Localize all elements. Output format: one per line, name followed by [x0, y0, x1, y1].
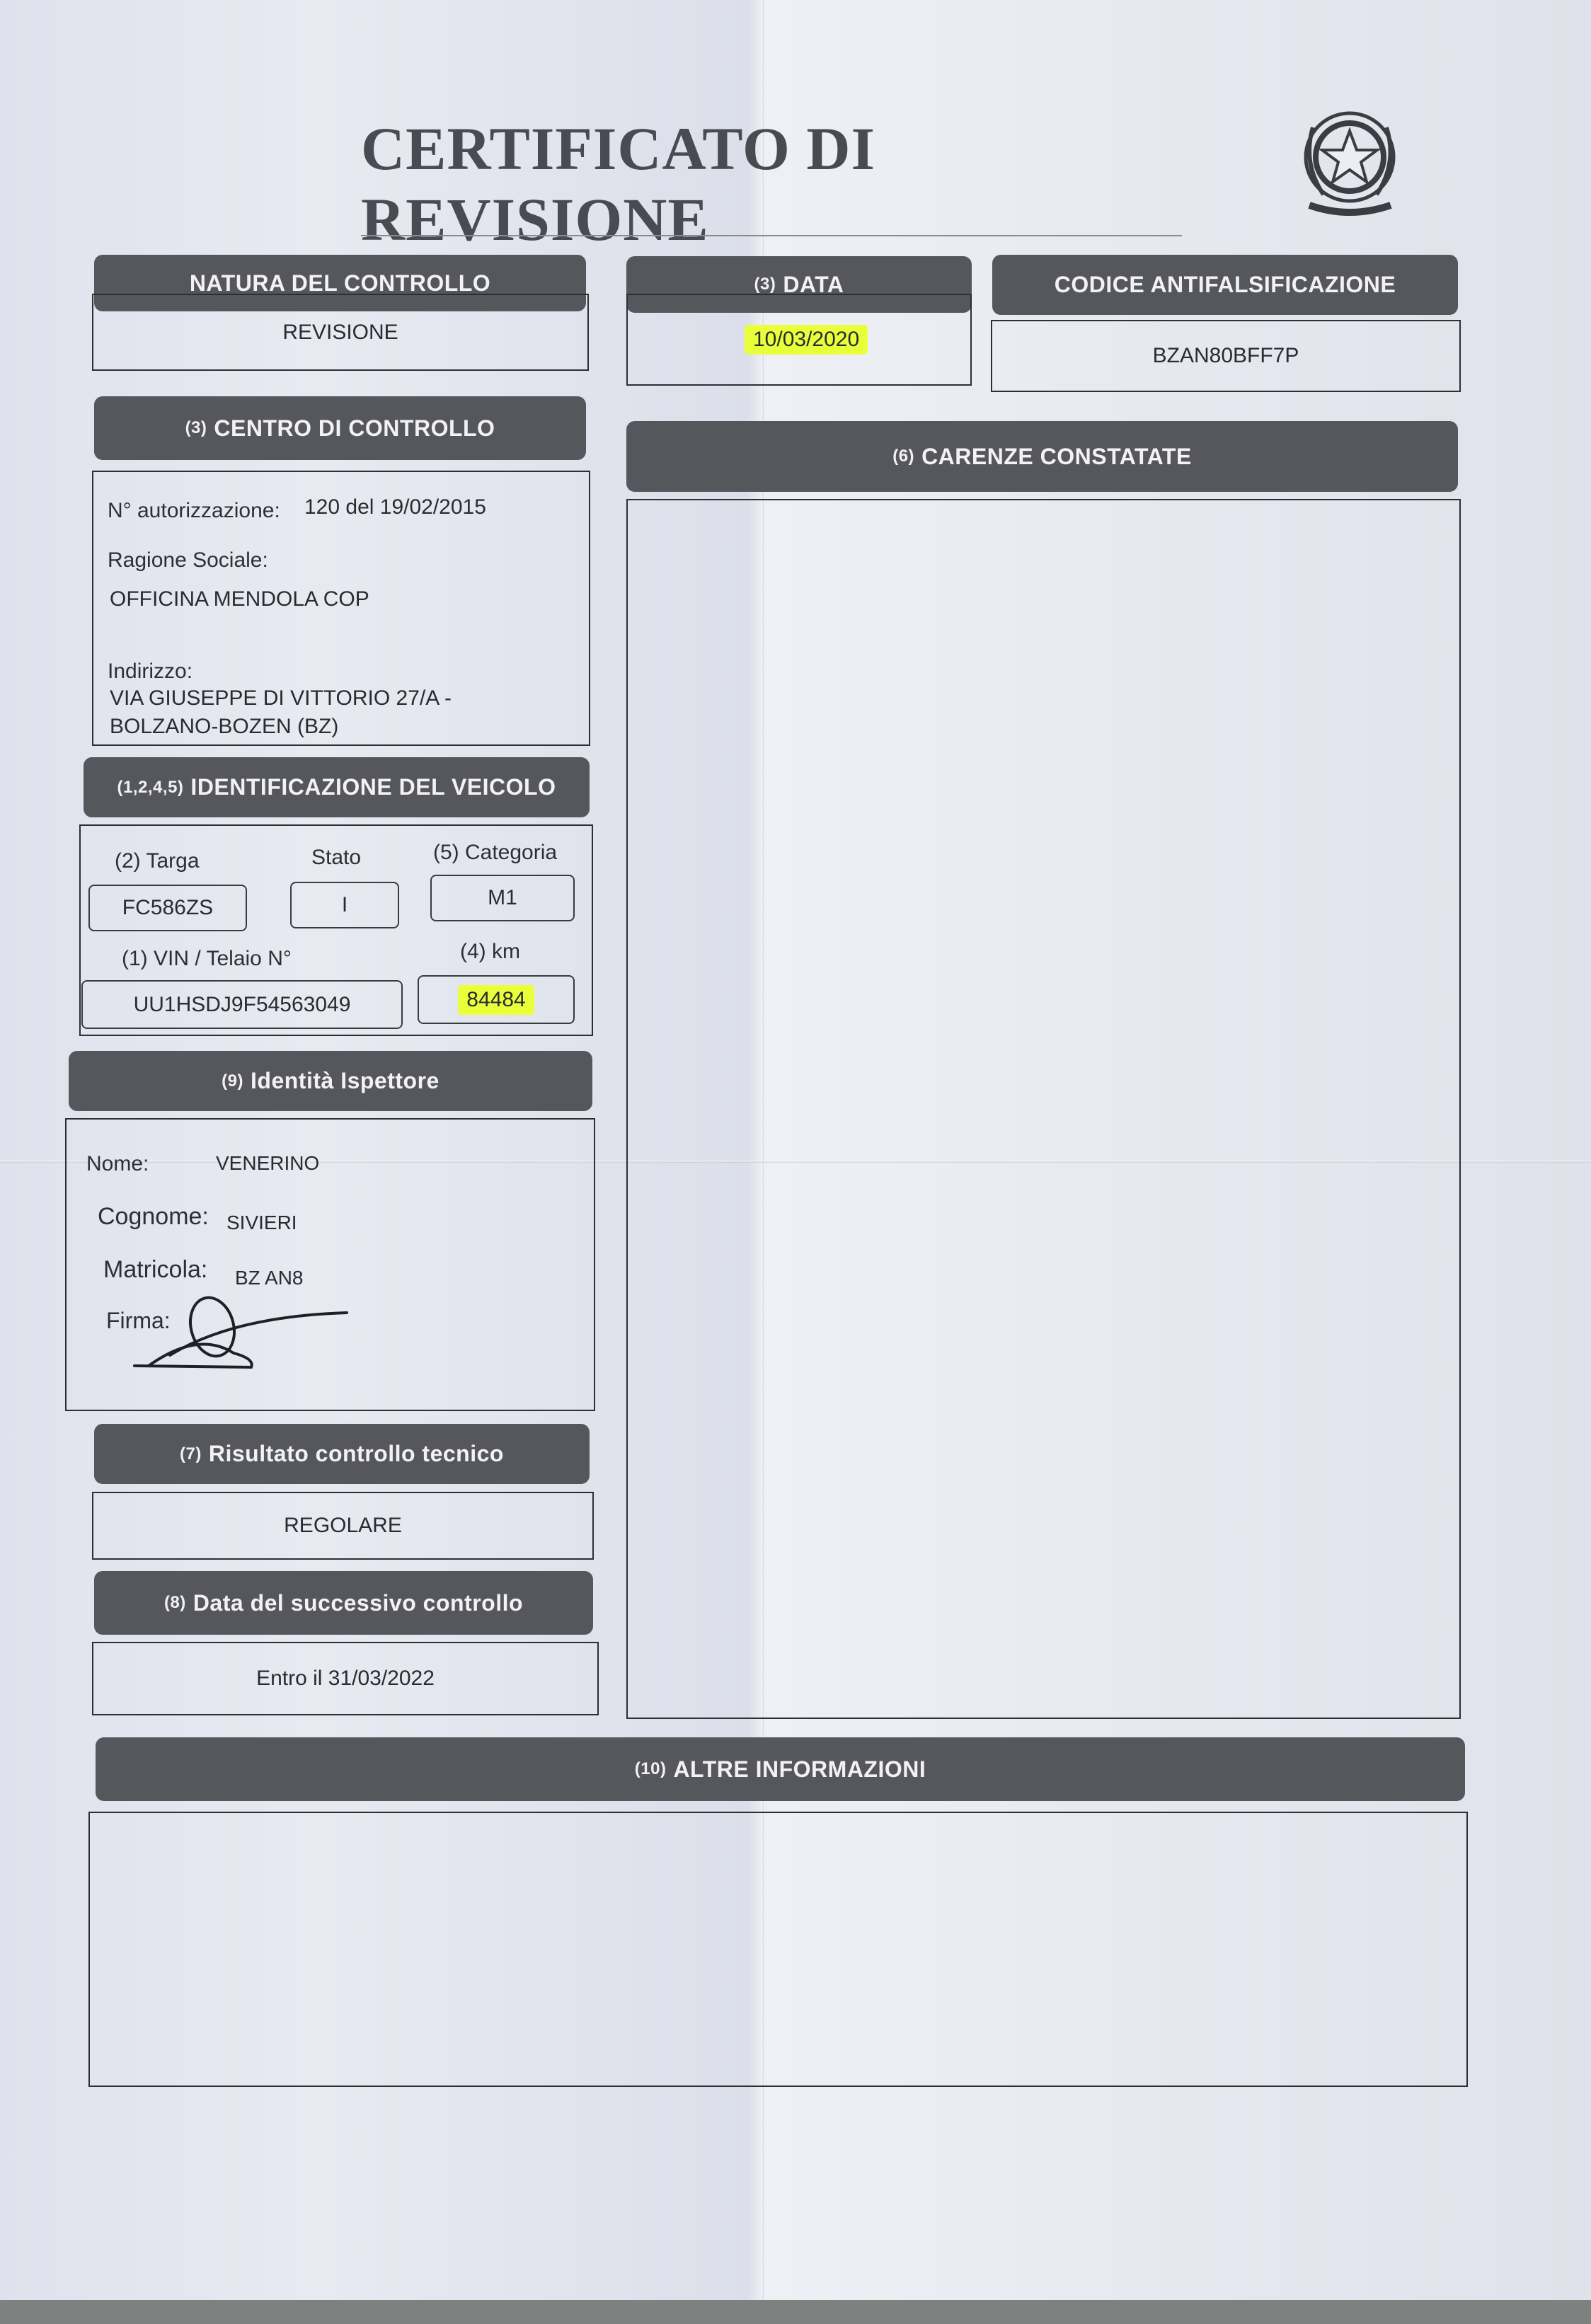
altre-header-text: ALTRE INFORMAZIONI [673, 1756, 926, 1783]
carenze-constatate-header: (6) CARENZE CONSTATATE [626, 421, 1458, 492]
cognome-label: Cognome: [98, 1203, 209, 1231]
identita-ispettore-header: (9) Identità Ispettore [69, 1051, 592, 1111]
targa-value: FC586ZS [88, 885, 247, 931]
vin-value: UU1HSDJ9F54563049 [81, 980, 403, 1029]
data-value: 10/03/2020 [745, 325, 868, 355]
altre-informazioni-field [88, 1812, 1468, 2087]
carenze-constatate-field [626, 499, 1461, 1719]
categoria-label: (5) Categoria [433, 841, 557, 865]
km-value: 84484 [418, 975, 575, 1024]
ragione-sociale-label: Ragione Sociale: [108, 548, 268, 573]
successivo-value: Entro il 31/03/2022 [256, 1667, 435, 1691]
certificate-paper: CERTIFICATO DI REVISIONE NATURA DEL CONT… [0, 0, 1591, 2300]
successivo-controllo-field: Entro il 31/03/2022 [92, 1642, 599, 1715]
categoria-value: M1 [430, 875, 575, 921]
risultato-header-text: Risultato controllo tecnico [209, 1441, 504, 1467]
codice-antifalsificazione-header: CODICE ANTIFALSIFICAZIONE [992, 255, 1458, 315]
veicolo-header-num: (1,2,4,5) [117, 778, 184, 798]
nome-label: Nome: [86, 1152, 149, 1176]
centro-header-num: (3) [185, 418, 207, 438]
ragione-sociale-value: OFFICINA MENDOLA COP [110, 587, 369, 611]
vin-label: (1) VIN / Telaio N° [122, 947, 292, 971]
categoria-text: M1 [488, 886, 517, 910]
km-text: 84484 [458, 985, 534, 1015]
autorizzazione-value: 120 del 19/02/2015 [304, 495, 486, 519]
nome-value: VENERINO [216, 1152, 319, 1175]
successivo-controllo-header: (8) Data del successivo controllo [94, 1571, 593, 1635]
altre-informazioni-header: (10) ALTRE INFORMAZIONI [96, 1737, 1465, 1801]
altre-header-num: (10) [635, 1759, 667, 1779]
targa-label: (2) Targa [115, 849, 200, 873]
risultato-header-num: (7) [180, 1444, 202, 1464]
identificazione-veicolo-header: (1,2,4,5) IDENTIFICAZIONE DEL VEICOLO [84, 757, 590, 817]
cognome-value: SIVIERI [226, 1212, 297, 1234]
indirizzo-line1: VIA GIUSEPPE DI VITTORIO 27/A - [110, 686, 452, 711]
centro-controllo-header: (3) CENTRO DI CONTROLLO [94, 396, 586, 460]
risultato-controllo-header: (7) Risultato controllo tecnico [94, 1424, 590, 1484]
km-label: (4) km [460, 940, 520, 964]
successivo-header-text: Data del successivo controllo [193, 1590, 523, 1616]
data-header-num: (3) [754, 275, 776, 294]
risultato-controllo-field: REGOLARE [92, 1492, 594, 1560]
matricola-value: BZ AN8 [235, 1267, 303, 1289]
natura-controllo-header-text: NATURA DEL CONTROLLO [190, 270, 490, 297]
stato-text: I [342, 893, 348, 917]
matricola-label: Matricola: [103, 1256, 207, 1284]
natura-controllo-field: REVISIONE [92, 294, 589, 371]
autorizzazione-label: N° autorizzazione: [108, 499, 280, 523]
targa-text: FC586ZS [122, 896, 213, 920]
indirizzo-line2: BOLZANO-BOZEN (BZ) [110, 715, 338, 739]
stato-label: Stato [311, 846, 361, 870]
carenze-header-text: CARENZE CONSTATATE [921, 444, 1192, 470]
data-field: 10/03/2020 [626, 294, 972, 386]
stato-value: I [290, 882, 399, 928]
ispettore-header-num: (9) [222, 1071, 243, 1091]
document-title: CERTIFICATO DI REVISIONE [361, 113, 1210, 255]
veicolo-header-text: IDENTIFICAZIONE DEL VEICOLO [190, 774, 556, 800]
signature-icon [127, 1288, 354, 1380]
title-underline [361, 235, 1182, 236]
centro-header-text: CENTRO DI CONTROLLO [214, 415, 495, 442]
italian-republic-emblem-icon [1292, 99, 1408, 226]
carenze-header-num: (6) [892, 447, 914, 466]
codice-value: BZAN80BFF7P [1153, 344, 1299, 368]
indirizzo-label: Indirizzo: [108, 660, 193, 684]
vin-text: UU1HSDJ9F54563049 [134, 993, 351, 1017]
ispettore-header-text: Identità Ispettore [251, 1068, 440, 1094]
natura-controllo-value: REVISIONE [282, 321, 398, 345]
successivo-header-num: (8) [164, 1593, 186, 1613]
codice-antifalsificazione-field: BZAN80BFF7P [991, 320, 1461, 392]
risultato-value: REGOLARE [284, 1514, 402, 1538]
codice-header-text: CODICE ANTIFALSIFICAZIONE [1055, 272, 1396, 298]
